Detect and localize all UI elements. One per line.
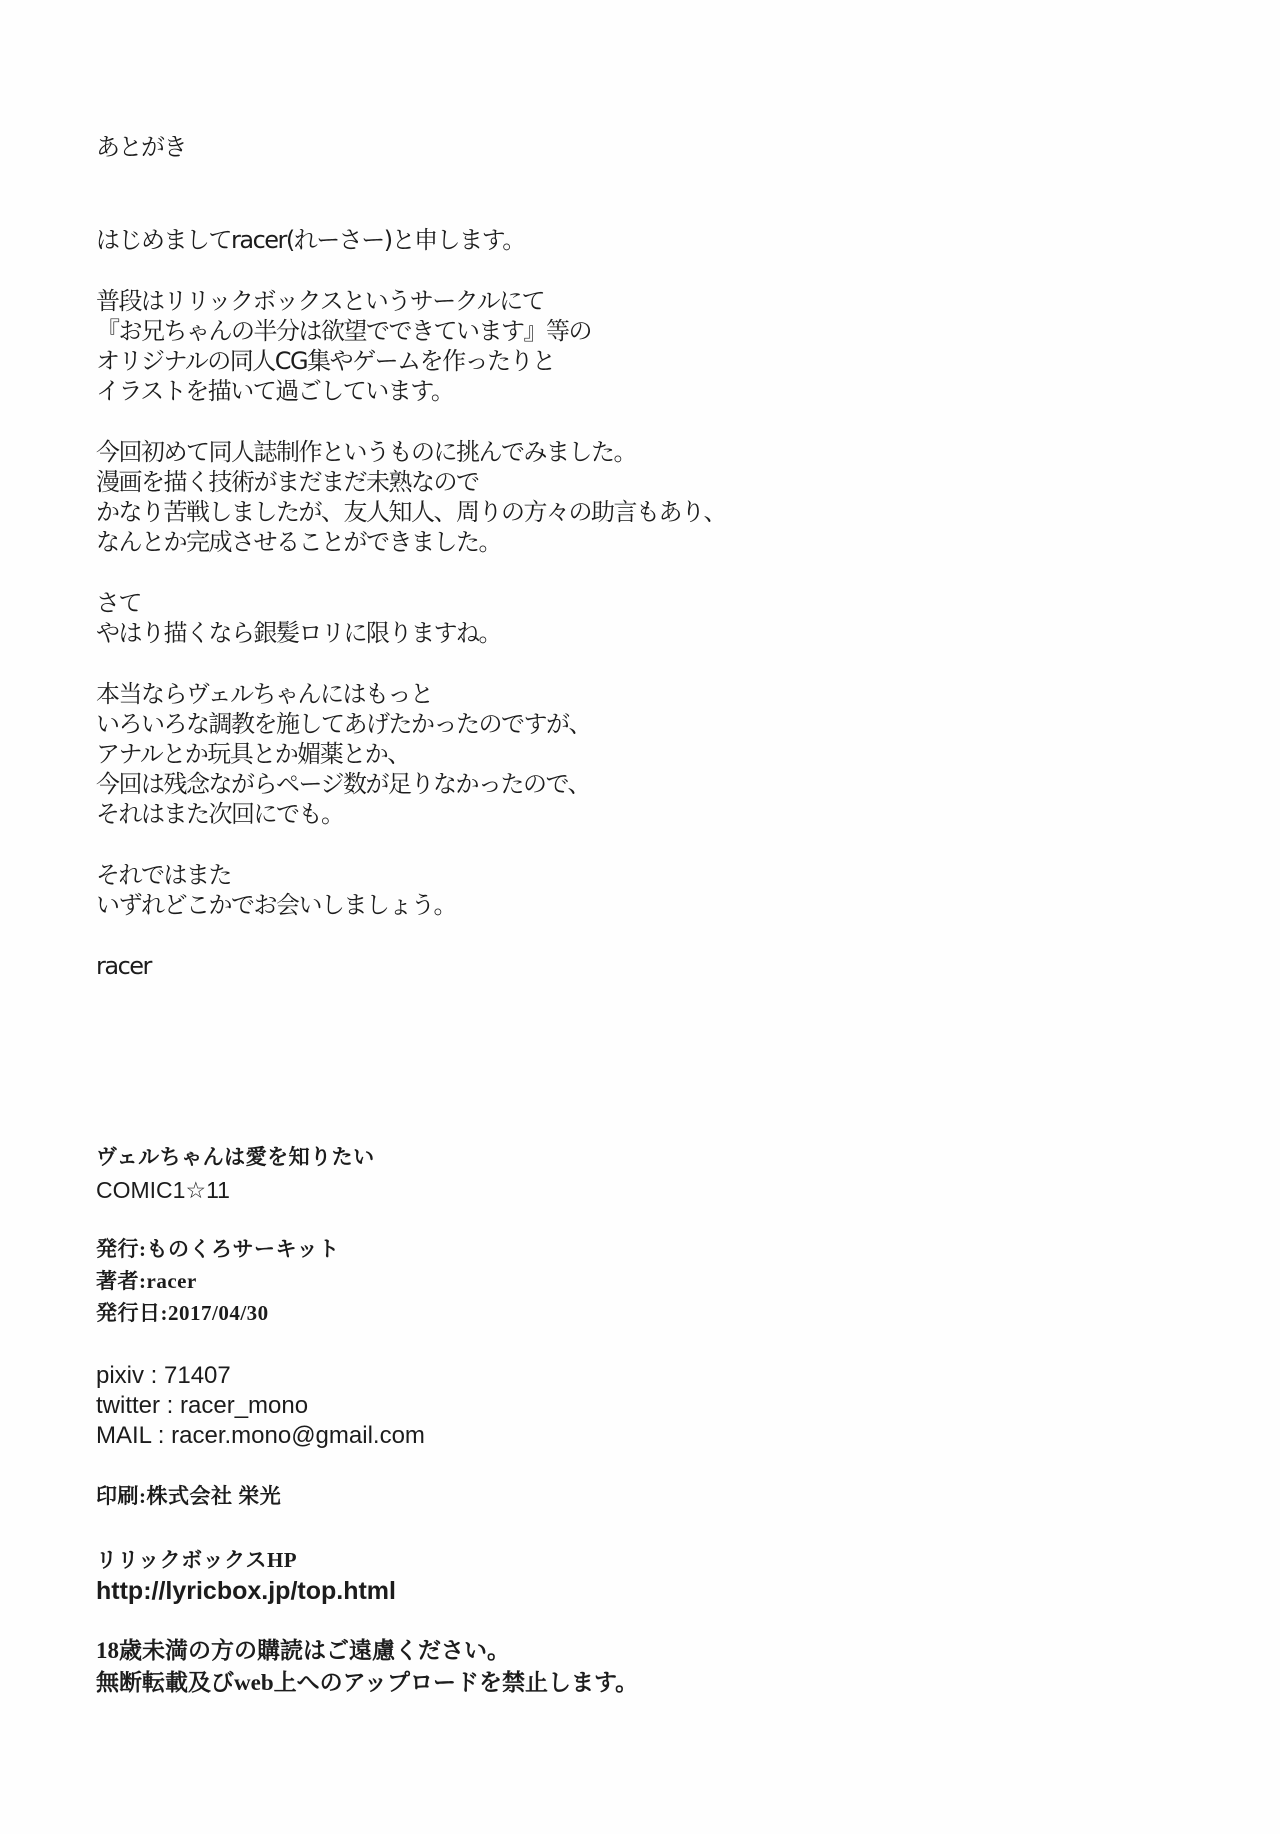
author-signature: racer bbox=[96, 951, 1196, 981]
publisher-line: 発行:ものくろサーキット bbox=[96, 1233, 1196, 1265]
publish-date-line: 発行日:2017/04/30 bbox=[96, 1297, 1196, 1329]
homepage-url: http://lyricbox.jp/top.html bbox=[96, 1576, 1196, 1607]
afterword-line: さて bbox=[96, 588, 1196, 618]
afterword-line: 今回初めて同人誌制作というものに挑んでみました。 bbox=[96, 437, 1196, 467]
age-restriction-notice: 18歳未満の方の購読はご遠慮ください。 bbox=[96, 1635, 1196, 1667]
afterword-line: いろいろな調教を施してあげたかったのですが、 bbox=[96, 709, 1196, 739]
afterword-line: やはり描くなら銀髪ロリに限りますね。 bbox=[96, 618, 1196, 648]
afterword-paragraph: さて やはり描くなら銀髪ロリに限りますね。 bbox=[96, 588, 1196, 648]
colophon-title-group: ヴェルちゃんは愛を知りたい COMIC1☆11 bbox=[96, 1141, 1196, 1207]
afterword-section: あとがき はじめましてracer(れーさー)と申します。 普段はリリックボックス… bbox=[96, 132, 1196, 981]
author-line: 著者:racer bbox=[96, 1265, 1196, 1297]
afterword-paragraph: それではまた いずれどこかでお会いしましょう。 bbox=[96, 860, 1196, 920]
colophon-publisher-group: 発行:ものくろサーキット 著者:racer 発行日:2017/04/30 bbox=[96, 1233, 1196, 1329]
afterword-line: はじめましてracer(れーさー)と申します。 bbox=[96, 225, 1196, 255]
afterword-line: かなり苦戦しましたが、友人知人、周りの方々の助言もあり、 bbox=[96, 497, 1196, 527]
afterword-line: 『お兄ちゃんの半分は欲望でできています』等の bbox=[96, 316, 1196, 346]
afterword-line: 普段はリリックボックスというサークルにて bbox=[96, 286, 1196, 316]
afterword-line: いずれどこかでお会いしましょう。 bbox=[96, 890, 1196, 920]
book-title: ヴェルちゃんは愛を知りたい bbox=[96, 1141, 1196, 1173]
afterword-line: オリジナルの同人CG集やゲームを作ったりと bbox=[96, 346, 1196, 376]
twitter-handle: twitter : racer_mono bbox=[96, 1391, 1196, 1421]
event-name: COMIC1☆11 bbox=[96, 1173, 1196, 1207]
afterword-paragraph: 普段はリリックボックスというサークルにて 『お兄ちゃんの半分は欲望でできています… bbox=[96, 286, 1196, 406]
homepage-label: リリックボックスHP bbox=[96, 1544, 1196, 1576]
pixiv-id: pixiv : 71407 bbox=[96, 1361, 1196, 1391]
afterword-line: なんとか完成させることができました。 bbox=[96, 527, 1196, 557]
no-reupload-notice: 無断転載及びweb上へのアップロードを禁止します。 bbox=[96, 1667, 1196, 1699]
mail-address: MAIL : racer.mono@gmail.com bbox=[96, 1421, 1196, 1451]
afterword-line: 漫画を描く技術がまだまだ未熟なので bbox=[96, 467, 1196, 497]
afterword-line: 今回は残念ながらページ数が足りなかったので、 bbox=[96, 769, 1196, 799]
colophon-contact-group: pixiv : 71407 twitter : racer_mono MAIL … bbox=[96, 1361, 1196, 1451]
afterword-paragraph: 今回初めて同人誌制作というものに挑んでみました。 漫画を描く技術がまだまだ未熟な… bbox=[96, 437, 1196, 557]
afterword-line: 本当ならヴェルちゃんにはもっと bbox=[96, 679, 1196, 709]
page-content: あとがき はじめましてracer(れーさー)と申します。 普段はリリックボックス… bbox=[96, 132, 1196, 1699]
colophon-notice-group: 18歳未満の方の購読はご遠慮ください。 無断転載及びweb上へのアップロードを禁… bbox=[96, 1635, 1196, 1699]
afterword-paragraph: 本当ならヴェルちゃんにはもっと いろいろな調教を施してあげたかったのですが、 ア… bbox=[96, 679, 1196, 829]
afterword-title: あとがき bbox=[96, 132, 1196, 162]
afterword-page: あとがき はじめましてracer(れーさー)と申します。 普段はリリックボックス… bbox=[0, 0, 1280, 1834]
colophon-homepage-group: リリックボックスHP http://lyricbox.jp/top.html bbox=[96, 1544, 1196, 1607]
colophon-section: ヴェルちゃんは愛を知りたい COMIC1☆11 発行:ものくろサーキット 著者:… bbox=[96, 1141, 1196, 1699]
colophon-printer-group: 印刷:株式会社 栄光 bbox=[96, 1480, 1196, 1512]
afterword-line: それはまた次回にでも。 bbox=[96, 799, 1196, 829]
afterword-line: イラストを描いて過ごしています。 bbox=[96, 376, 1196, 406]
afterword-paragraph: はじめましてracer(れーさー)と申します。 bbox=[96, 225, 1196, 255]
afterword-line: アナルとか玩具とか媚薬とか、 bbox=[96, 739, 1196, 769]
afterword-line: それではまた bbox=[96, 860, 1196, 890]
printer-line: 印刷:株式会社 栄光 bbox=[96, 1480, 1196, 1512]
